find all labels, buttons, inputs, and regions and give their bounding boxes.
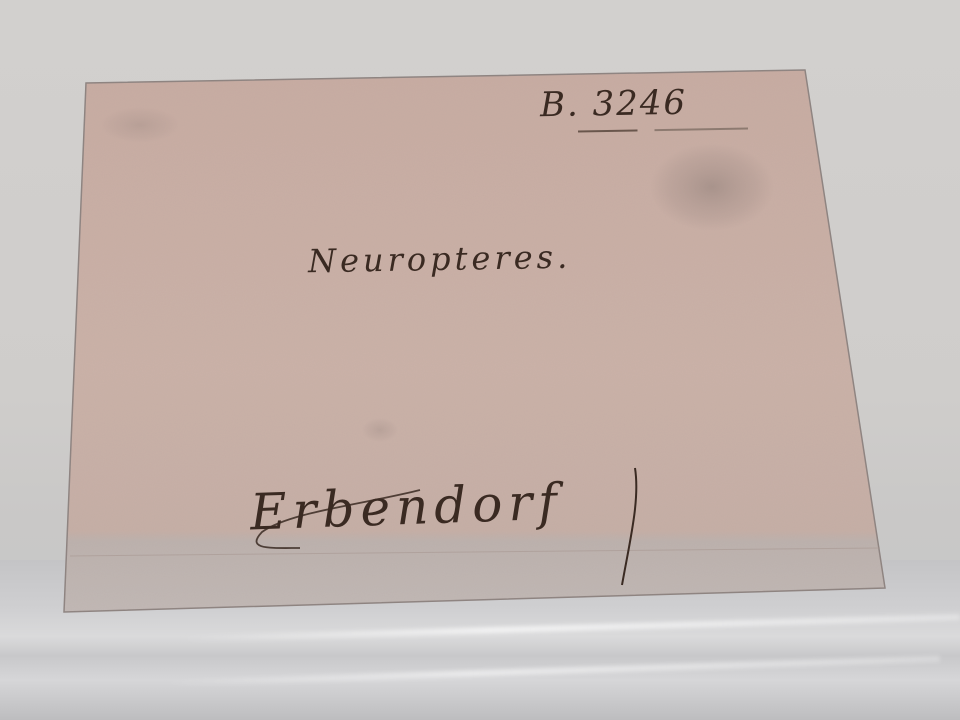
photo-scene: B. 3246 Neuropteres. Erbendorf <box>0 0 960 720</box>
catalog-number: B. 3246 <box>540 83 688 126</box>
taxon-name: Neuropteres. <box>308 238 572 281</box>
locality-name: Erbendorf <box>249 473 564 542</box>
stain-mark <box>650 143 774 231</box>
paper-label <box>0 0 960 720</box>
